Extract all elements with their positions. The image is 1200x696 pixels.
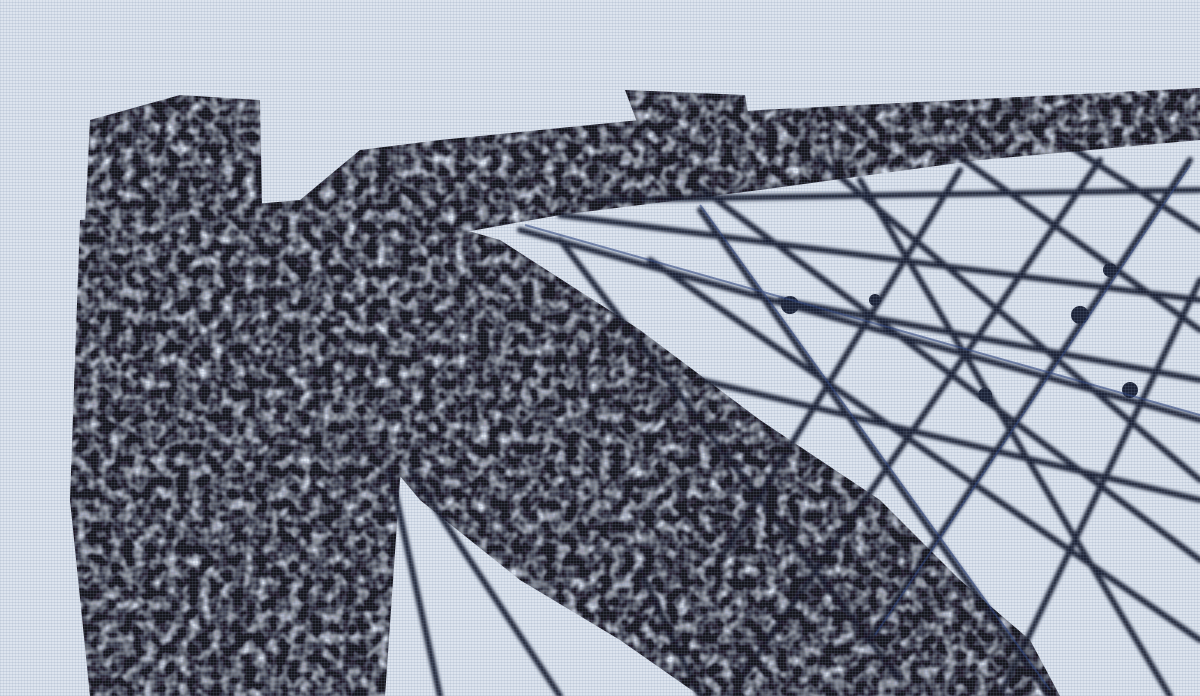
photo-stage: Macro photo of a pixelated screen showin…	[0, 0, 1200, 696]
net-silhouette-image	[0, 0, 1200, 696]
